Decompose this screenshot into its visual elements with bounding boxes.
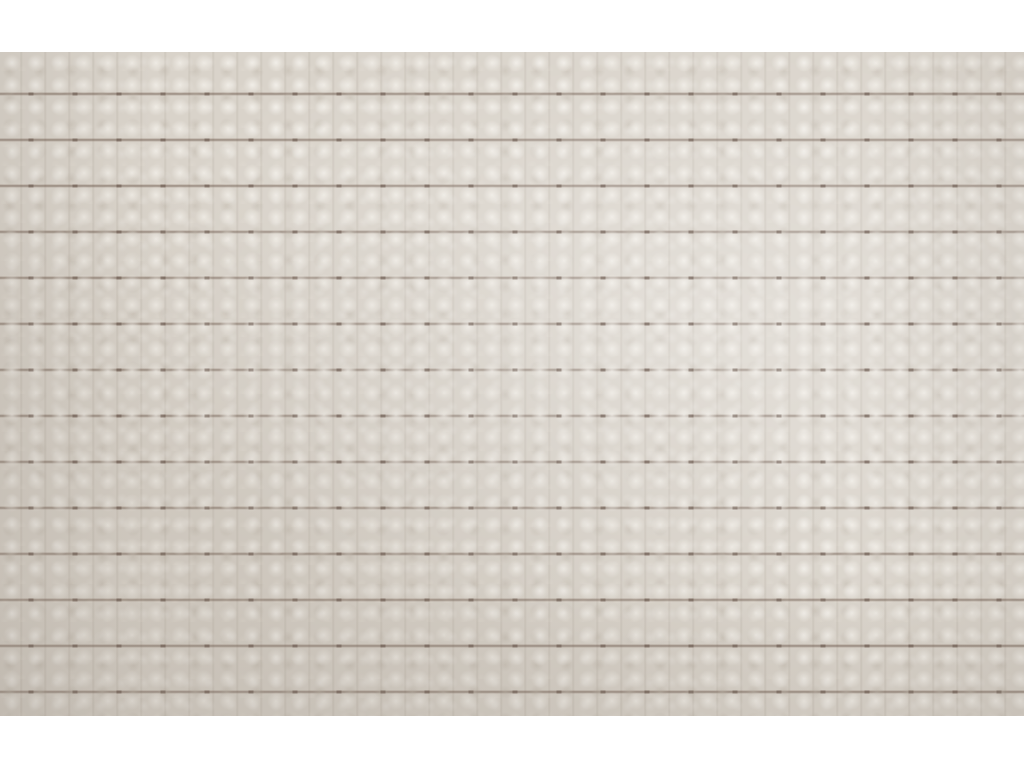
image-frame: Close-up of beige chenille textured fabr… — [0, 0, 1024, 768]
fabric-texture-photo: Close-up of beige chenille textured fabr… — [0, 52, 1024, 716]
lighting-vignette — [0, 52, 1024, 716]
